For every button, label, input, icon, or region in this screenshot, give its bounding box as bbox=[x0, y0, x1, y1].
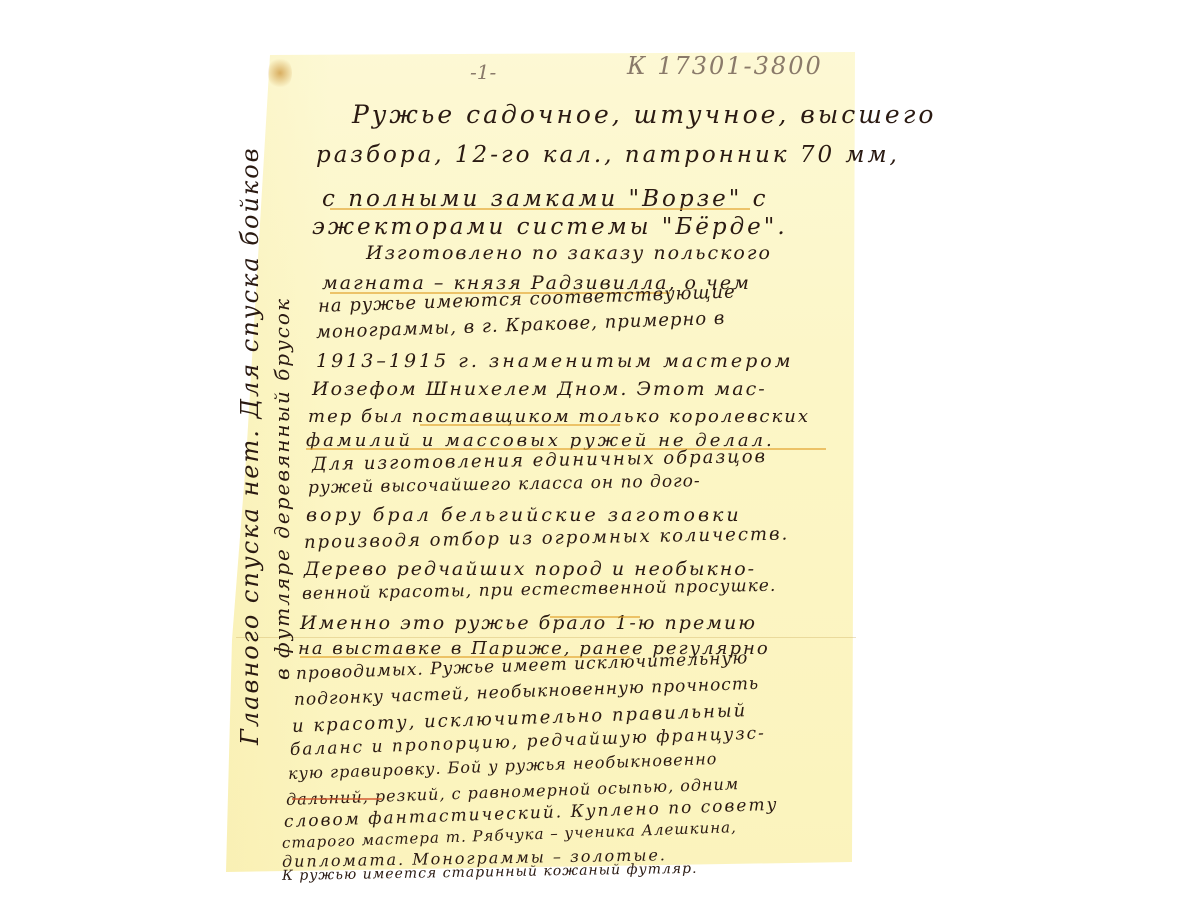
text-line-4: эжекторами системы "Бёрде". bbox=[312, 214, 788, 240]
text-line-15: вору брал бельгийские заготовки bbox=[306, 504, 742, 526]
margin-note-2: в футляре деревянный брусок bbox=[270, 297, 294, 680]
text-line-19: Именно это ружье брало 1-ю премию bbox=[300, 612, 757, 634]
highlight-underline bbox=[550, 616, 640, 618]
highlight-underline bbox=[420, 424, 620, 426]
text-line-1: Ружье садочное, штучное, высшего bbox=[352, 100, 936, 129]
text-line-9: 1913–1915 г. знаменитым мастером bbox=[316, 350, 794, 372]
document-sheet: -1- К 17301-3800 Ружье садочное, штучное… bbox=[0, 0, 1200, 900]
paper-stain bbox=[268, 56, 292, 90]
text-line-10: Иозефом Шнихелем Дном. Этот мас- bbox=[312, 378, 767, 400]
highlight-underline bbox=[330, 208, 750, 210]
highlight-underline bbox=[292, 798, 382, 800]
text-line-5: Изготовлено по заказу польского bbox=[366, 242, 772, 264]
margin-note-1: Главного спуска нет. Для спуска бойков bbox=[236, 146, 264, 745]
catalog-reference: К 17301-3800 bbox=[627, 52, 823, 80]
page-number: -1- bbox=[470, 60, 496, 84]
text-line-2: разбора, 12-го кал., патронник 70 мм, bbox=[316, 142, 900, 168]
